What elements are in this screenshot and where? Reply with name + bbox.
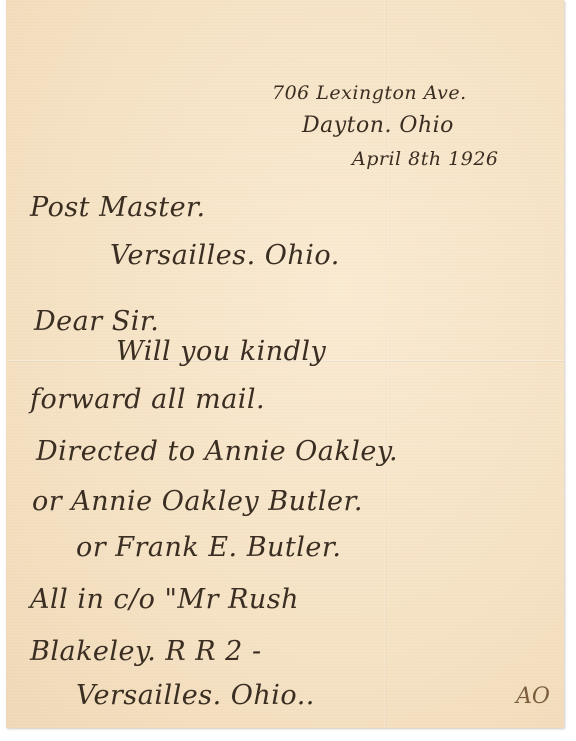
body-line-5: or Frank E. Butler. — [76, 532, 341, 563]
recipient-city: Versailles. Ohio. — [110, 240, 340, 271]
body-line-3: Directed to Annie Oakley. — [36, 436, 398, 467]
letter-paper: 706 Lexington Ave. Dayton. Ohio April 8t… — [6, 0, 564, 728]
body-line-1: Will you kindly — [116, 336, 326, 367]
signature-monogram: AO — [516, 684, 550, 709]
sender-street: 706 Lexington Ave. — [272, 82, 467, 104]
letter-date: April 8th 1926 — [352, 148, 499, 170]
body-line-4: or Annie Oakley Butler. — [32, 486, 363, 517]
sender-city: Dayton. Ohio — [302, 113, 454, 138]
body-line-2: forward all mail. — [30, 384, 265, 415]
salutation: Dear Sir. — [34, 306, 159, 337]
body-line-6: All in c/o "Mr Rush — [30, 584, 299, 615]
fold-crease-vertical — [384, 0, 386, 728]
recipient-title: Post Master. — [30, 192, 206, 223]
body-line-8: Versailles. Ohio.. — [76, 680, 315, 711]
body-line-7: Blakeley. R R 2 - — [30, 636, 262, 667]
